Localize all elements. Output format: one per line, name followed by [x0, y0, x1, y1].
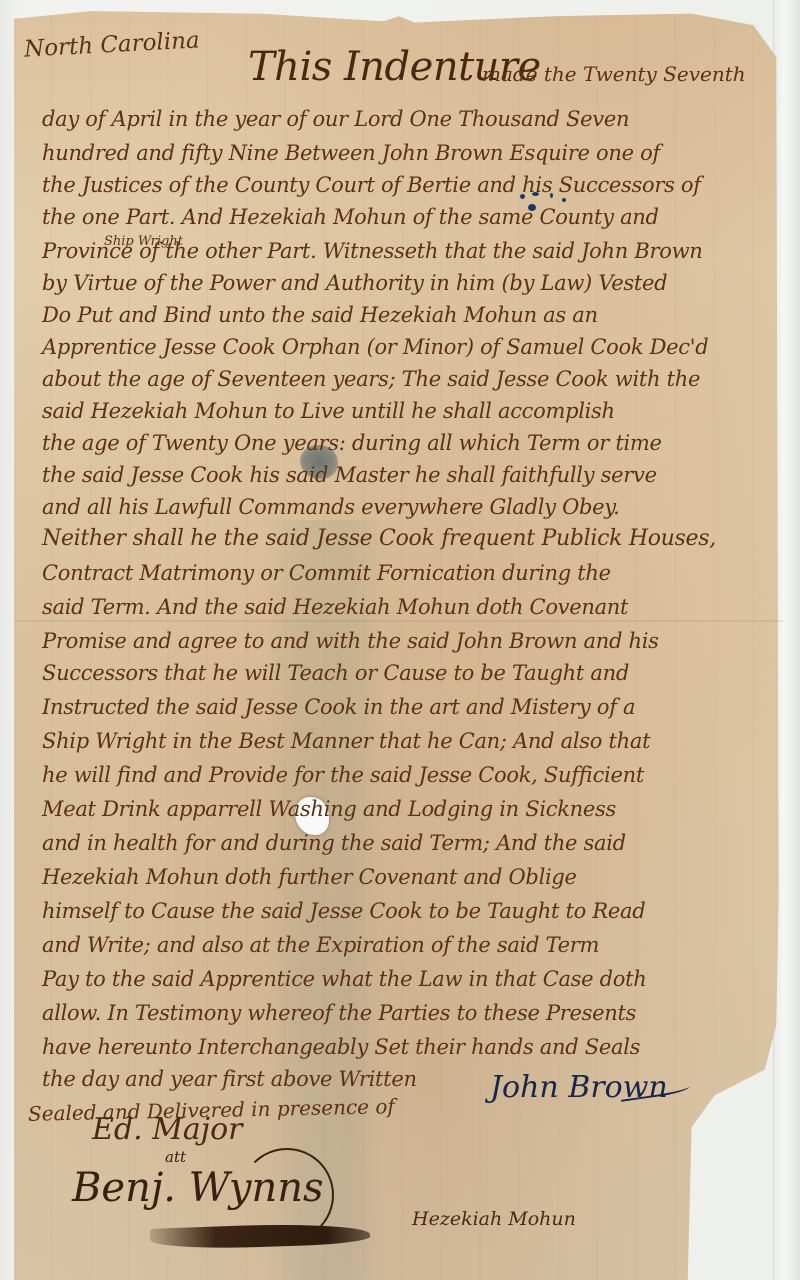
body-line: he will find and Provide for the said Je… — [42, 762, 777, 788]
body-line: Meat Drink apparrell Washing and Lodging… — [42, 796, 777, 822]
body-line: and all his Lawfull Commands everywhere … — [42, 494, 777, 520]
body-line: and in health for and during the said Te… — [42, 830, 777, 856]
body-line: day of April in the year of our Lord One… — [42, 106, 777, 132]
body-line: said Hezekiah Mohun to Live untill he sh… — [42, 398, 777, 424]
body-line: allow. In Testimony whereof the Parties … — [42, 1000, 777, 1026]
body-line: about the age of Seventeen years; The sa… — [42, 366, 777, 392]
body-line: Promise and agree to and with the said J… — [42, 628, 777, 654]
body-line: the one Part. And Hezekiah Mohun of the … — [42, 204, 777, 230]
body-line: Neither shall he the said Jesse Cook fre… — [42, 526, 777, 552]
signature-witness-prefix: att — [165, 1148, 186, 1166]
body-line: the Justices of the County Court of Bert… — [42, 172, 777, 198]
body-line: Apprentice Jesse Cook Orphan (or Minor) … — [42, 334, 777, 360]
body-line: himself to Cause the said Jesse Cook to … — [42, 898, 777, 924]
body-line: Successors that he will Teach or Cause t… — [42, 660, 777, 686]
signature-witness-wynns: Benj. Wynns — [72, 1165, 324, 1211]
signature-hezekiah-mohun: Hezekiah Mohun — [412, 1208, 576, 1230]
signature-underline-flourish — [150, 1221, 371, 1251]
body-line: Province of the other Part. Witnesseth t… — [42, 238, 777, 264]
title-continuation: made the Twenty Seventh — [482, 62, 746, 86]
body-line: have hereunto Interchangeably Set their … — [42, 1034, 777, 1060]
body-line: Pay to the said Apprentice what the Law … — [42, 966, 777, 992]
body-line: hundred and fifty Nine Between John Brow… — [42, 140, 777, 166]
body-line: the said Jesse Cook his said Master he s… — [42, 462, 777, 488]
body-line: Hezekiah Mohun doth further Covenant and… — [42, 864, 777, 890]
body-line: and Write; and also at the Expiration of… — [42, 932, 777, 958]
body-line: Instructed the said Jesse Cook in the ar… — [42, 694, 777, 720]
signature-witness-major: Ed. Major — [92, 1112, 242, 1147]
body-line: by Virtue of the Power and Authority in … — [42, 270, 777, 296]
body-line: the age of Twenty One years: during all … — [42, 430, 777, 456]
body-line: Contract Matrimony or Commit Fornication… — [42, 560, 777, 586]
heading-jurisdiction: North Carolina — [23, 27, 200, 62]
body-line: Ship Wright in the Best Manner that he C… — [42, 728, 777, 754]
body-line: Do Put and Bind unto the said Hezekiah M… — [42, 302, 777, 328]
body-line: said Term. And the said Hezekiah Mohun d… — [42, 594, 777, 620]
document-text: North Carolina This Indenture made the T… — [0, 0, 800, 1280]
